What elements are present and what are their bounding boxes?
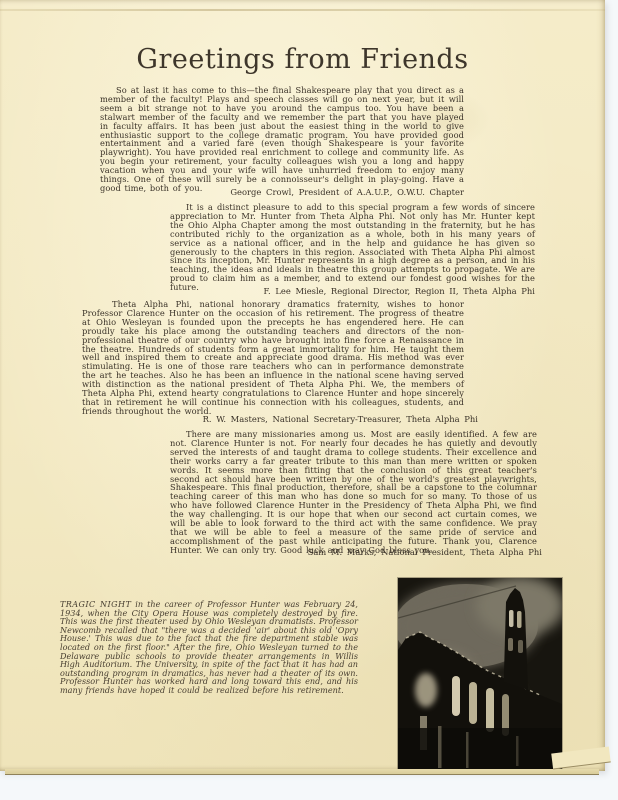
scanned-document: Greetings from Friends So at last it has… [0,0,618,800]
caption-text: in the career of Professor Hunter was Fe… [60,599,358,695]
photo-tower-window [517,611,522,628]
photo-tower-window [508,638,513,651]
program-page: Greetings from Friends So at last it has… [0,0,605,771]
photo-flaming-window [486,688,494,732]
page-bottom-edge [5,769,599,775]
photo-light-streak [516,736,519,766]
letter-4-body: There are many missionaries among us. Mo… [170,430,537,555]
letter-3-signature: R. W. Masters, National Secretary-Treasu… [82,415,478,424]
letter-1-signature: George Crowl, President of A.A.U.P., O.W… [100,188,464,197]
photo-flaming-window [469,682,477,724]
photo-light-streak [438,726,442,768]
letter-4-signature: Sam M. Marks, National President, Theta … [170,548,542,557]
photo-foreground [398,728,562,771]
photo-caption: TRAGIC NIGHT in the career of Professor … [60,600,358,695]
city-opera-house-fire-photo [398,578,562,771]
page-title: Greetings from Friends [0,44,605,76]
photo-light-streak [466,732,469,768]
photo-flames [415,673,437,707]
photo-flaming-window [452,676,460,716]
letter-1-body: So at last it has come to this—the final… [100,86,464,193]
paper-crease [0,9,605,11]
photo-tower-window [509,610,514,627]
letter-2-body: It is a distinct pleasure to add to this… [170,203,535,292]
letter-2-signature: F. Lee Miesle, Regional Director, Region… [170,287,535,296]
photo-tower-window [518,640,523,653]
letter-3-body: Theta Alpha Phi, national honorary drama… [82,300,464,416]
fire-photo-image [398,578,562,771]
